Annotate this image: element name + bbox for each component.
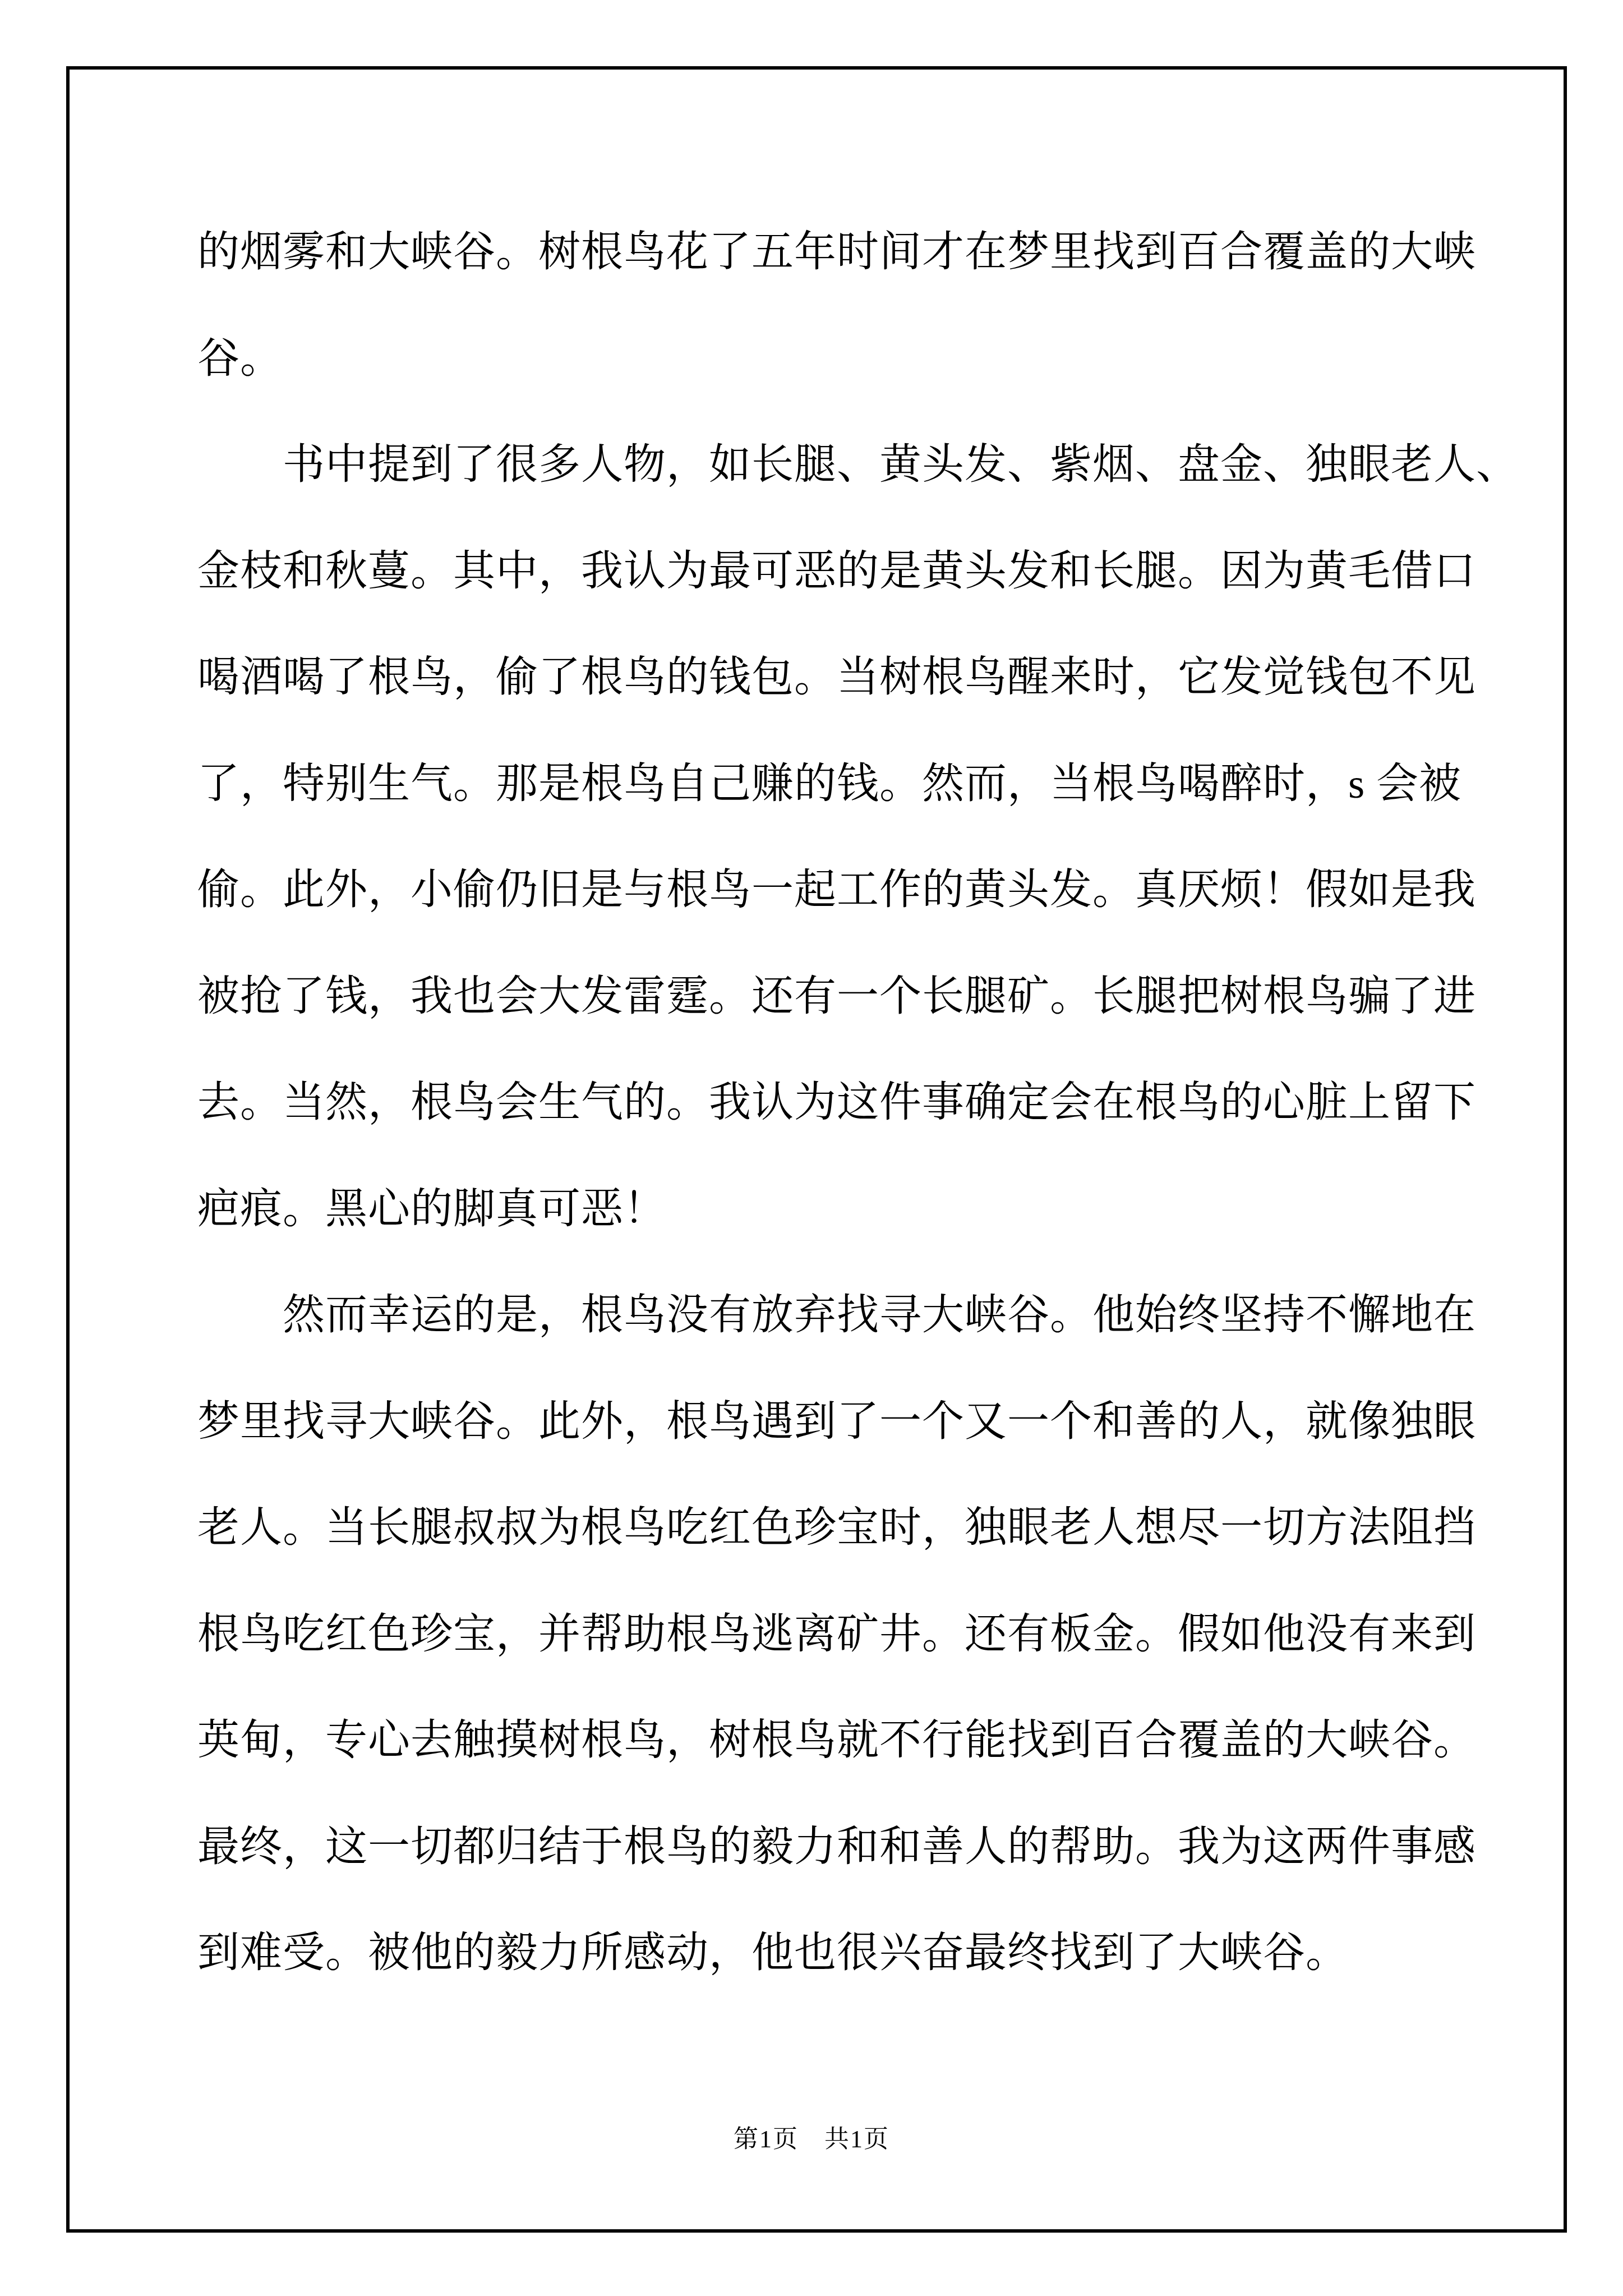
text-line: 的烟雾和大峡谷。树根鸟花了五年时间才在梦里找到百合覆盖的大峡: [197, 199, 1459, 306]
text-line: 金枝和秋蔓。其中，我认为最可恶的是黄头发和长腿。因为黄毛借口: [197, 518, 1459, 625]
text-line: 然而幸运的是，根鸟没有放弃找寻大峡谷。他始终坚持不懈地在: [197, 1262, 1459, 1369]
text-line: 谷。: [197, 306, 1459, 412]
text-line: 英甸，专心去触摸树根鸟，树根鸟就不行能找到百合覆盖的大峡谷。: [197, 1687, 1459, 1794]
text-line: 梦里找寻大峡谷。此外，根鸟遇到了一个又一个和善的人，就像独眼: [197, 1369, 1459, 1475]
text-line: 书中提到了很多人物，如长腿、黄头发、紫烟、盘金、独眼老人、: [197, 412, 1459, 518]
text-line: 去。当然，根鸟会生气的。我认为这件事确定会在根鸟的心脏上留下: [197, 1050, 1459, 1156]
text-line: 老人。当长腿叔叔为根鸟吃红色珍宝时，独眼老人想尽一切方法阻挡: [197, 1475, 1459, 1581]
text-line: 了，特别生气。那是根鸟自己赚的钱。然而，当根鸟喝醉时，s 会被: [197, 731, 1459, 838]
text-line: 疤痕。黑心的脚真可恶！: [197, 1156, 1459, 1263]
text-line: 到难受。被他的毅力所感动，他也很兴奋最终找到了大峡谷。: [197, 1900, 1459, 2007]
text-line: 被抢了钱，我也会大发雷霆。还有一个长腿矿。长腿把树根鸟骗了进: [197, 944, 1459, 1050]
document-body: 的烟雾和大峡谷。树根鸟花了五年时间才在梦里找到百合覆盖的大峡谷。 书中提到了很多…: [197, 199, 1459, 2007]
text-line: 根鸟吃红色珍宝，并帮助根鸟逃离矿井。还有板金。假如他没有来到: [197, 1581, 1459, 1688]
page-indicator: 第1页 共1页: [734, 2125, 889, 2153]
page-footer: 第1页 共1页: [0, 2122, 1623, 2157]
text-line: 偷。此外，小偷仍旧是与根鸟一起工作的黄头发。真厌烦！假如是我: [197, 837, 1459, 944]
text-line: 喝酒喝了根鸟，偷了根鸟的钱包。当树根鸟醒来时，它发觉钱包不见: [197, 624, 1459, 731]
text-line: 最终，这一切都归结于根鸟的毅力和和善人的帮助。我为这两件事感: [197, 1794, 1459, 1901]
document-page: 的烟雾和大峡谷。树根鸟花了五年时间才在梦里找到百合覆盖的大峡谷。 书中提到了很多…: [0, 0, 1623, 2296]
